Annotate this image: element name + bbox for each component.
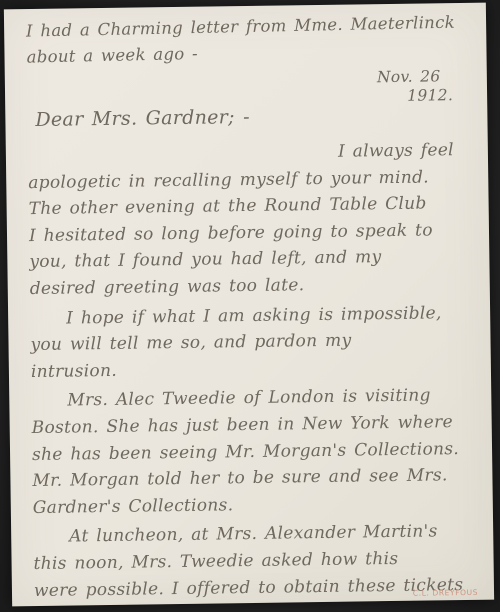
handwriting-line: intrusion. [31, 353, 477, 386]
salutation: Dear Mrs. Gardner; - [35, 106, 250, 131]
handwriting-line: were possible. I offered to obtain these… [34, 571, 480, 604]
date-block: Nov. 261912. [377, 67, 453, 106]
archivist-annotation: C.L. Dreyfous [413, 588, 478, 598]
letter-body: I always feelapologetic in recalling mys… [28, 137, 480, 604]
handwriting-line: desired greeting was too late. [30, 270, 476, 303]
letter-paper: I had a Charming letter from Mme. Maeter… [4, 3, 494, 607]
handwriting-line: Gardner's Collections. [33, 489, 479, 522]
scan-background: I had a Charming letter from Mme. Maeter… [0, 0, 500, 612]
handwriting-line: Nov. 26 [377, 67, 453, 87]
postscript-note: I had a Charming letter from Mme. Maeter… [26, 10, 456, 71]
handwriting-line: 1912. [407, 86, 453, 106]
